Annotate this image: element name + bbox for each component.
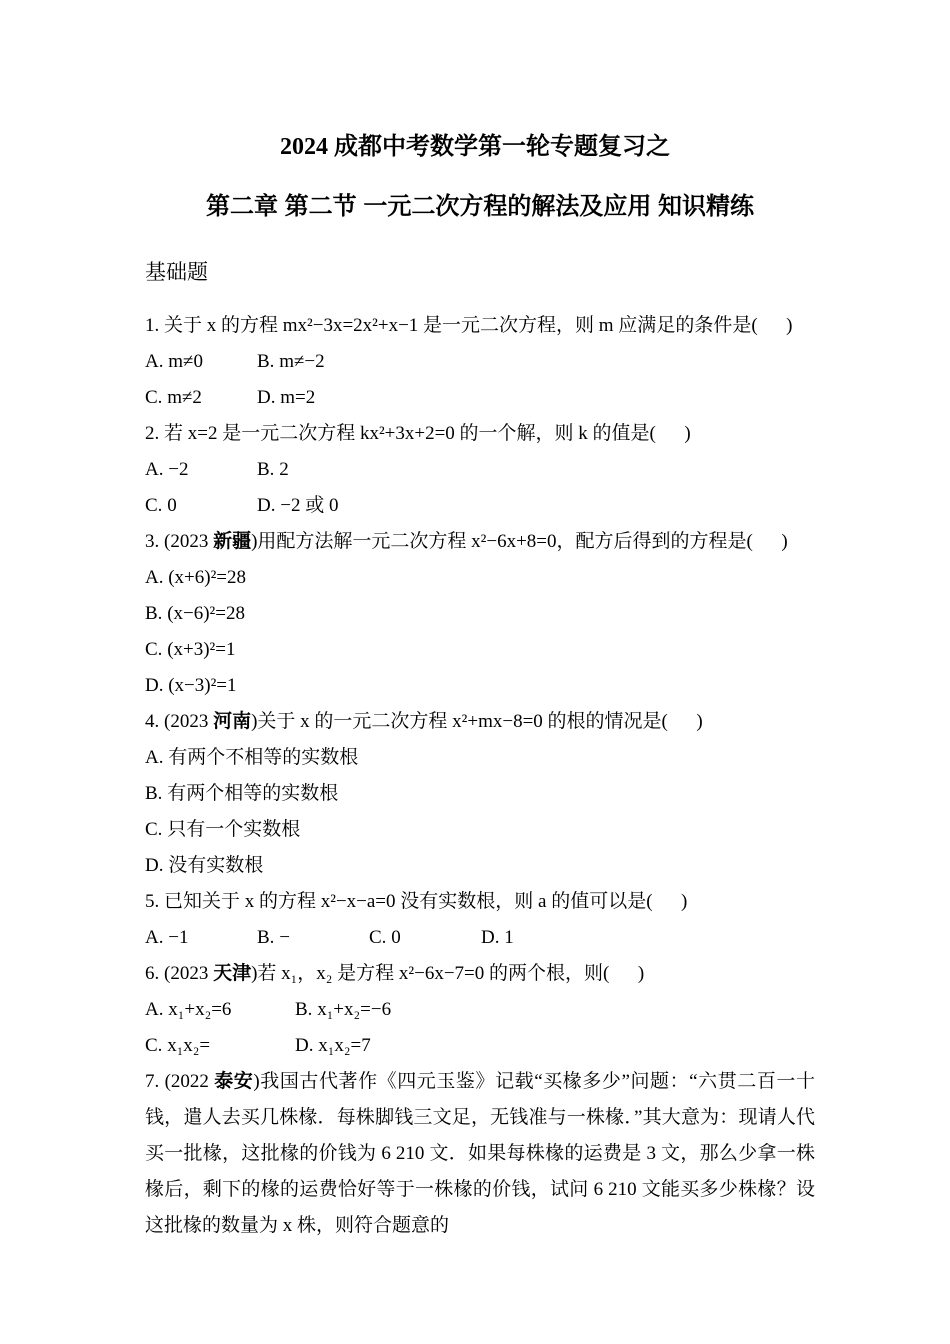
- option-A: A. (x+6)²=28: [145, 560, 246, 596]
- stem-text-after: )用配方法解一元二次方程 x²−6x+8=0，配方后得到的方程是( ): [251, 531, 788, 552]
- option-B: B. −: [257, 920, 369, 956]
- page-subtitle: 第二章 第二节 一元二次方程的解法及应用 知识精练: [145, 190, 815, 224]
- question-stem: 3. (2023 新疆)用配方法解一元二次方程 x²−6x+8=0，配方后得到的…: [145, 524, 815, 560]
- question-block: 7. (2022 泰安)我国古代著作《四元玉鉴》记载“买椽多少”问题：“六贯二百…: [145, 1064, 815, 1244]
- option-label: A.: [145, 927, 168, 948]
- option-text: 只有一个实数根: [167, 819, 300, 840]
- option-D: D. 没有实数根: [145, 848, 263, 884]
- option-D: D. x₁x₂=7: [295, 1028, 371, 1064]
- option-text: −2 或 0: [280, 495, 338, 516]
- option-B: B. (x−6)²=28: [145, 596, 245, 632]
- stem-text-after: )我国古代著作《四元玉鉴》记载“买椽多少”问题：“六贯二百一十钱，遣人去买几株椽…: [145, 1071, 815, 1236]
- option-row: C. 0D. −2 或 0: [145, 488, 815, 524]
- option-label: C.: [145, 495, 167, 516]
- option-text: −1: [168, 927, 188, 948]
- question-block: 6. (2023 天津)若 x₁，x₂ 是方程 x²−6x−7=0 的两个根，则…: [145, 956, 815, 1064]
- stem-text-before: (2023: [164, 711, 213, 732]
- question-stem: 5. 已知关于 x 的方程 x²−x−a=0 没有实数根，则 a 的值可以是( …: [145, 884, 815, 920]
- option-D: D. −2 或 0: [257, 488, 338, 524]
- option-row: A. −1B. − C. 0D. 1: [145, 920, 815, 956]
- question-block: 3. (2023 新疆)用配方法解一元二次方程 x²−6x+8=0，配方后得到的…: [145, 524, 815, 704]
- option-text: m≠0: [168, 351, 203, 372]
- option-D: D. (x−3)²=1: [145, 668, 237, 704]
- option-text: −2: [168, 459, 188, 480]
- question-list: 1. 关于 x 的方程 mx²−3x=2x²+x−1 是一元二次方程，则 m 应…: [145, 308, 815, 1244]
- option-A: A. −1: [145, 920, 257, 956]
- option-text: x₁+x₂=−6: [317, 999, 391, 1020]
- option-label: B.: [257, 351, 279, 372]
- option-label: A.: [145, 459, 168, 480]
- stem-text-before: (2022: [165, 1071, 215, 1092]
- option-text: 有两个相等的实数根: [167, 783, 338, 804]
- option-rows: A. x₁+x₂=6B. x₁+x₂=−6C. x₁x₂=D. x₁x₂=7: [145, 992, 815, 1064]
- option-text: 2: [279, 459, 289, 480]
- question-number: 2.: [145, 423, 164, 444]
- option-B: B. x₁+x₂=−6: [295, 992, 391, 1028]
- option-row: D. (x−3)²=1: [145, 668, 815, 704]
- stem-text-after: )若 x₁，x₂ 是方程 x²−6x−7=0 的两个根，则( ): [251, 963, 644, 984]
- stem-text-after: )关于 x 的一元二次方程 x²+mx−8=0 的根的情况是( ): [251, 711, 703, 732]
- exam-source-tag: 新疆: [213, 531, 251, 552]
- question-number: 4.: [145, 711, 164, 732]
- option-label: D.: [481, 927, 504, 948]
- option-text: x₁+x₂=6: [168, 999, 231, 1020]
- option-B: B. m≠−2: [257, 344, 325, 380]
- option-label: C.: [145, 1035, 167, 1056]
- option-label: D.: [145, 675, 168, 696]
- question-number: 3.: [145, 531, 164, 552]
- option-rows: A. −1B. − C. 0D. 1: [145, 920, 815, 956]
- section-heading: 基础题: [145, 258, 815, 288]
- question-block: 1. 关于 x 的方程 mx²−3x=2x²+x−1 是一元二次方程，则 m 应…: [145, 308, 815, 416]
- option-text: m≠2: [167, 387, 202, 408]
- option-label: B.: [295, 999, 317, 1020]
- stem-text-before: (2023: [164, 531, 213, 552]
- option-label: A.: [145, 747, 168, 768]
- option-label: C.: [369, 927, 391, 948]
- option-label: C.: [145, 639, 167, 660]
- option-label: D.: [257, 387, 280, 408]
- option-label: D.: [145, 855, 168, 876]
- option-row: A. x₁+x₂=6B. x₁+x₂=−6: [145, 992, 815, 1028]
- option-text: 1: [504, 927, 514, 948]
- option-rows: A. −2B. 2C. 0D. −2 或 0: [145, 452, 815, 524]
- question-stem: 4. (2023 河南)关于 x 的一元二次方程 x²+mx−8=0 的根的情况…: [145, 704, 815, 740]
- option-text: (x+3)²=1: [167, 639, 235, 660]
- option-D: D. m=2: [257, 380, 315, 416]
- option-row: B. 有两个相等的实数根: [145, 776, 815, 812]
- stem-text-before: (2023: [164, 963, 213, 984]
- option-label: A.: [145, 999, 168, 1020]
- option-C: C. 只有一个实数根: [145, 812, 300, 848]
- option-row: A. m≠0B. m≠−2: [145, 344, 815, 380]
- option-A: A. m≠0: [145, 344, 257, 380]
- stem-text-before: 关于 x 的方程 mx²−3x=2x²+x−1 是一元二次方程，则 m 应满足的…: [164, 315, 792, 336]
- question-stem: 7. (2022 泰安)我国古代著作《四元玉鉴》记载“买椽多少”问题：“六贯二百…: [145, 1064, 815, 1244]
- option-label: B.: [257, 927, 279, 948]
- question-block: 4. (2023 河南)关于 x 的一元二次方程 x²+mx−8=0 的根的情况…: [145, 704, 815, 884]
- exam-source-tag: 河南: [213, 711, 251, 732]
- option-label: D.: [295, 1035, 318, 1056]
- question-block: 2. 若 x=2 是一元二次方程 kx²+3x+2=0 的一个解，则 k 的值是…: [145, 416, 815, 524]
- option-label: B.: [145, 783, 167, 804]
- option-row: C. x₁x₂=D. x₁x₂=7: [145, 1028, 815, 1064]
- option-A: A. x₁+x₂=6: [145, 992, 295, 1028]
- option-text: m≠−2: [279, 351, 324, 372]
- option-text: (x−6)²=28: [167, 603, 245, 624]
- question-number: 7.: [145, 1071, 165, 1092]
- option-D: D. 1: [481, 920, 514, 956]
- option-row: A. (x+6)²=28: [145, 560, 815, 596]
- option-B: B. 2: [257, 452, 289, 488]
- option-rows: A. 有两个不相等的实数根B. 有两个相等的实数根C. 只有一个实数根D. 没有…: [145, 740, 815, 884]
- page-title: 2024 成都中考数学第一轮专题复习之: [145, 130, 805, 164]
- stem-text-before: 已知关于 x 的方程 x²−x−a=0 没有实数根，则 a 的值可以是( ): [164, 891, 687, 912]
- option-row: C. (x+3)²=1: [145, 632, 815, 668]
- option-C: C. (x+3)²=1: [145, 632, 235, 668]
- stem-text-before: 若 x=2 是一元二次方程 kx²+3x+2=0 的一个解，则 k 的值是( ): [164, 423, 691, 444]
- option-text: x₁x₂=: [167, 1035, 210, 1056]
- document-page: 2024 成都中考数学第一轮专题复习之 第二章 第二节 一元二次方程的解法及应用…: [0, 0, 950, 1344]
- option-C: C. m≠2: [145, 380, 257, 416]
- option-label: D.: [257, 495, 280, 516]
- option-label: C.: [145, 819, 167, 840]
- option-C: C. 0: [369, 920, 481, 956]
- option-label: B.: [145, 603, 167, 624]
- option-text: −: [279, 927, 328, 948]
- option-B: B. 有两个相等的实数根: [145, 776, 338, 812]
- exam-source-tag: 天津: [213, 963, 251, 984]
- option-C: C. x₁x₂=: [145, 1028, 295, 1064]
- option-row: D. 没有实数根: [145, 848, 815, 884]
- question-stem: 2. 若 x=2 是一元二次方程 kx²+3x+2=0 的一个解，则 k 的值是…: [145, 416, 815, 452]
- option-text: (x+6)²=28: [168, 567, 246, 588]
- option-row: B. (x−6)²=28: [145, 596, 815, 632]
- option-text: 有两个不相等的实数根: [168, 747, 358, 768]
- option-label: B.: [257, 459, 279, 480]
- option-text: 没有实数根: [168, 855, 263, 876]
- question-stem: 6. (2023 天津)若 x₁，x₂ 是方程 x²−6x−7=0 的两个根，则…: [145, 956, 815, 992]
- question-block: 5. 已知关于 x 的方程 x²−x−a=0 没有实数根，则 a 的值可以是( …: [145, 884, 815, 956]
- option-label: C.: [145, 387, 167, 408]
- exam-source-tag: 泰安: [214, 1071, 253, 1092]
- option-row: A. −2B. 2: [145, 452, 815, 488]
- option-text: (x−3)²=1: [168, 675, 236, 696]
- question-stem: 1. 关于 x 的方程 mx²−3x=2x²+x−1 是一元二次方程，则 m 应…: [145, 308, 815, 344]
- question-number: 5.: [145, 891, 164, 912]
- option-text: 0: [391, 927, 401, 948]
- option-text: m=2: [280, 387, 315, 408]
- option-text: 0: [167, 495, 177, 516]
- option-label: A.: [145, 351, 168, 372]
- option-text: x₁x₂=7: [318, 1035, 370, 1056]
- option-row: C. 只有一个实数根: [145, 812, 815, 848]
- option-A: A. −2: [145, 452, 257, 488]
- option-rows: A. (x+6)²=28B. (x−6)²=28C. (x+3)²=1D. (x…: [145, 560, 815, 704]
- option-A: A. 有两个不相等的实数根: [145, 740, 358, 776]
- question-number: 1.: [145, 315, 164, 336]
- option-rows: A. m≠0B. m≠−2C. m≠2D. m=2: [145, 344, 815, 416]
- option-label: A.: [145, 567, 168, 588]
- option-row: C. m≠2D. m=2: [145, 380, 815, 416]
- question-number: 6.: [145, 963, 164, 984]
- option-C: C. 0: [145, 488, 257, 524]
- option-row: A. 有两个不相等的实数根: [145, 740, 815, 776]
